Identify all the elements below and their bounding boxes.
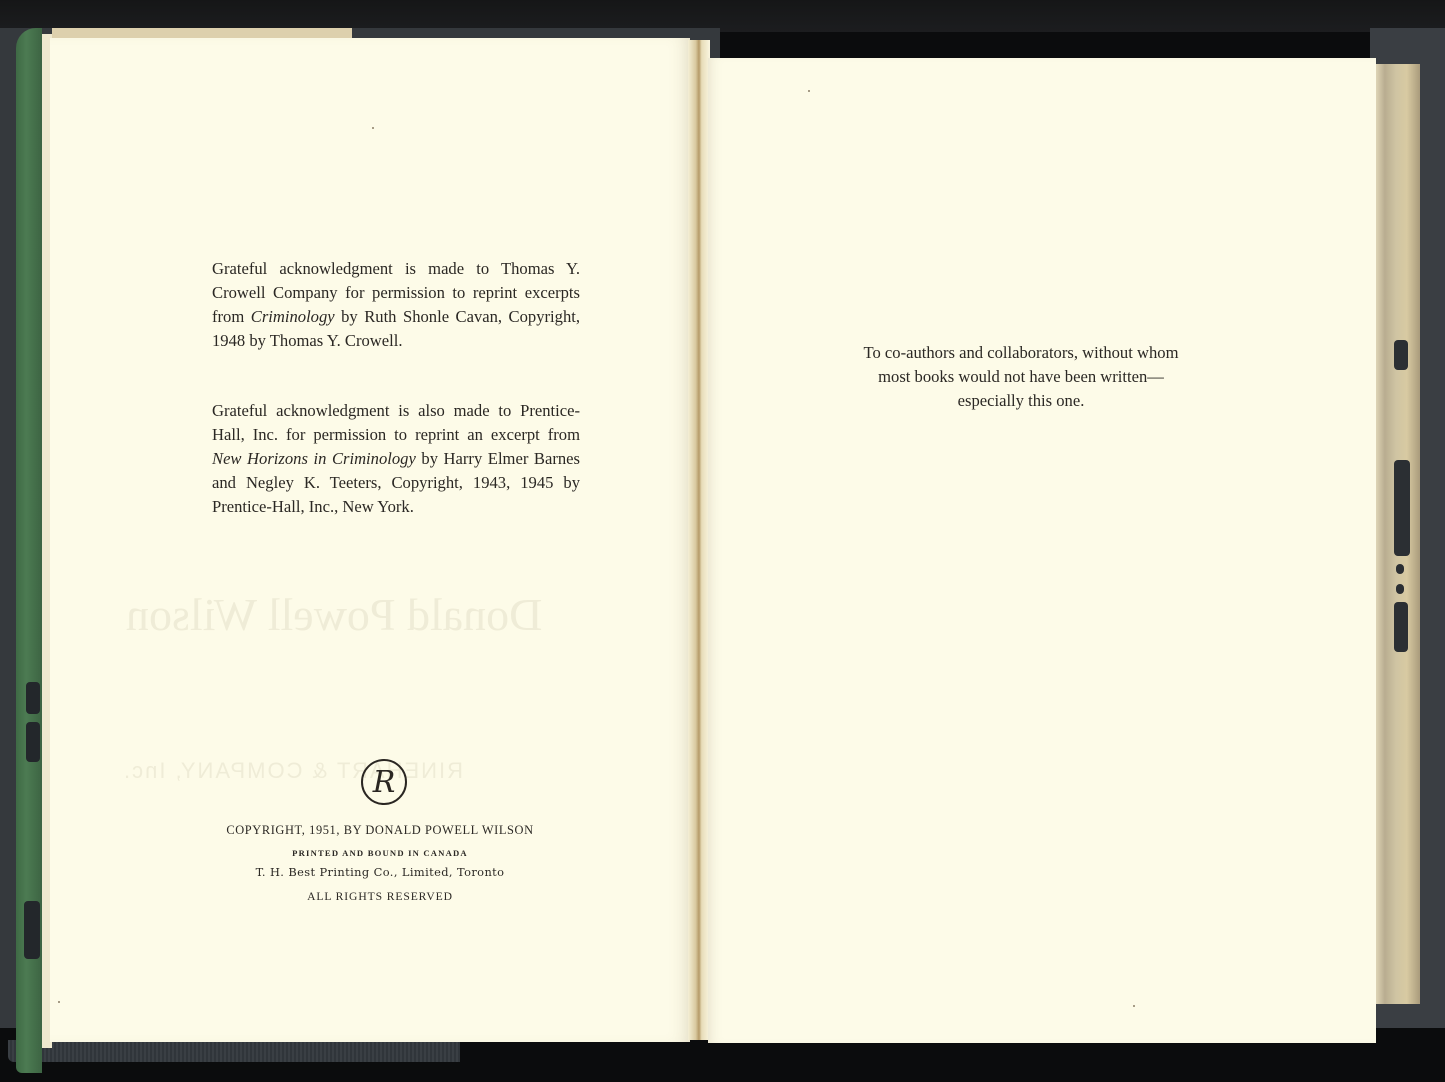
- cover-cloth-bottom-edge: [8, 1040, 460, 1062]
- logo-glyph: R: [373, 765, 396, 800]
- printed-line: PRINTED AND BOUND IN CANADA: [190, 848, 570, 858]
- endpaper-top-strip: [52, 28, 352, 38]
- edge-wear-mark: [1394, 460, 1410, 556]
- paper-speck: [1133, 1005, 1135, 1007]
- right-page: [708, 58, 1376, 1043]
- paper-speck: [372, 127, 374, 129]
- cover-wear-mark: [26, 682, 40, 714]
- book-gutter: [688, 40, 710, 1040]
- green-cover-edge: [16, 28, 42, 1073]
- cover-wear-mark: [26, 722, 40, 762]
- acknowledgment-crowell: Grateful acknowledgment is made to Thoma…: [212, 257, 580, 353]
- edge-wear-mark: [1394, 602, 1408, 652]
- bleed-through-publisher: RINEHART & COMPANY, Inc.: [122, 758, 463, 784]
- cover-wear-mark: [24, 901, 40, 959]
- page-fore-edge: [1376, 64, 1420, 1004]
- ack-text: Grateful acknowledgment is also made to …: [212, 401, 580, 444]
- rights-line: ALL RIGHTS RESERVED: [190, 890, 570, 903]
- edge-wear-mark: [1394, 340, 1408, 370]
- copyright-line: COPYRIGHT, 1951, BY DONALD POWELL WILSON: [190, 823, 570, 838]
- printer-line: T. H. Best Printing Co., Limited, Toront…: [190, 865, 570, 879]
- book-title-new-horizons: New Horizons in Criminology: [212, 449, 416, 468]
- book-title-criminology: Criminology: [251, 307, 335, 326]
- edge-wear-mark: [1396, 584, 1404, 594]
- edge-wear-mark: [1396, 564, 1404, 574]
- paper-speck: [808, 90, 810, 92]
- dedication: To co-authors and collaborators, without…: [848, 341, 1194, 413]
- publisher-r-monogram-icon: R: [361, 759, 407, 805]
- bleed-through-author: Donald Powell Wilson: [126, 588, 542, 641]
- acknowledgment-prentice-hall: Grateful acknowledgment is also made to …: [212, 399, 580, 519]
- paper-speck: [58, 1001, 60, 1003]
